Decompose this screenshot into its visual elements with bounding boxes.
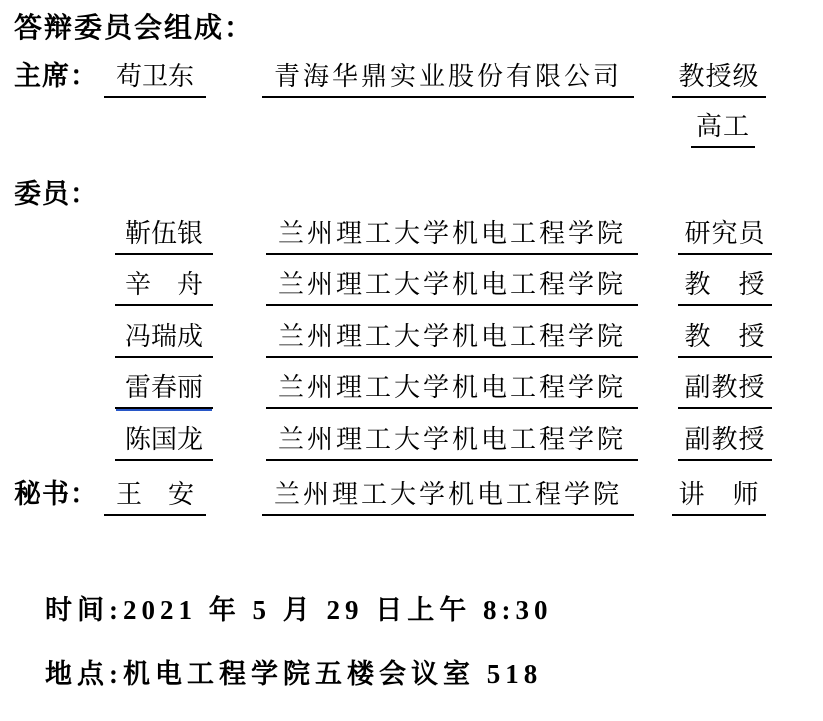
member-name: 雷春丽 (115, 367, 213, 409)
meeting-location: 地点:机电工程学院五楼会议室 518 (45, 652, 542, 691)
secretary-title: 讲 师 (672, 474, 766, 516)
member-affiliation: 兰州理工大学机电工程学院 (266, 264, 638, 306)
member-title: 副教授 (678, 367, 772, 409)
chairman-title-line2: 高工 (691, 106, 755, 148)
chairman-title-line2-row: 高工 (676, 112, 770, 148)
member-row: 冯瑞成 兰州理工大学机电工程学院 教 授 (115, 322, 772, 358)
member-affiliation: 兰州理工大学机电工程学院 (266, 316, 638, 358)
member-affiliation: 兰州理工大学机电工程学院 (266, 419, 638, 461)
member-name: 冯瑞成 (115, 316, 213, 358)
member-name: 辛 舟 (115, 264, 213, 306)
member-row: 辛 舟 兰州理工大学机电工程学院 教 授 (115, 270, 772, 306)
member-name: 陈国龙 (115, 419, 213, 461)
chairman-affiliation: 青海华鼎实业股份有限公司 (262, 56, 634, 98)
chairman-name: 苟卫东 (104, 56, 206, 98)
members-label: 委员： (14, 172, 98, 211)
member-title: 教 授 (678, 264, 772, 306)
member-title: 研究员 (678, 213, 772, 255)
meeting-time: 时间:2021 年 5 月 29 日上午 8:30 (45, 588, 552, 627)
chairman-row: 主席： 苟卫东 青海华鼎实业股份有限公司 教授级 (14, 62, 766, 98)
member-affiliation: 兰州理工大学机电工程学院 (266, 367, 638, 409)
page-title: 答辩委员会组成： (14, 6, 254, 46)
secretary-label: 秘书： (14, 472, 104, 516)
chairman-title-line1: 教授级 (672, 56, 766, 98)
chairman-label: 主席： (14, 54, 104, 98)
secretary-name: 王 安 (104, 474, 206, 516)
secretary-affiliation: 兰州理工大学机电工程学院 (262, 474, 634, 516)
member-row: 靳伍银 兰州理工大学机电工程学院 研究员 (115, 219, 772, 255)
member-title: 副教授 (678, 419, 772, 461)
member-row: 陈国龙 兰州理工大学机电工程学院 副教授 (115, 425, 772, 461)
member-name: 靳伍银 (115, 213, 213, 255)
defense-committee-document: 答辩委员会组成： 主席： 苟卫东 青海华鼎实业股份有限公司 教授级 高工 委员：… (0, 0, 823, 721)
member-affiliation: 兰州理工大学机电工程学院 (266, 213, 638, 255)
member-title: 教 授 (678, 316, 772, 358)
member-row: 雷春丽 兰州理工大学机电工程学院 副教授 (115, 373, 772, 409)
secretary-row: 秘书： 王 安 兰州理工大学机电工程学院 讲 师 (14, 480, 766, 516)
